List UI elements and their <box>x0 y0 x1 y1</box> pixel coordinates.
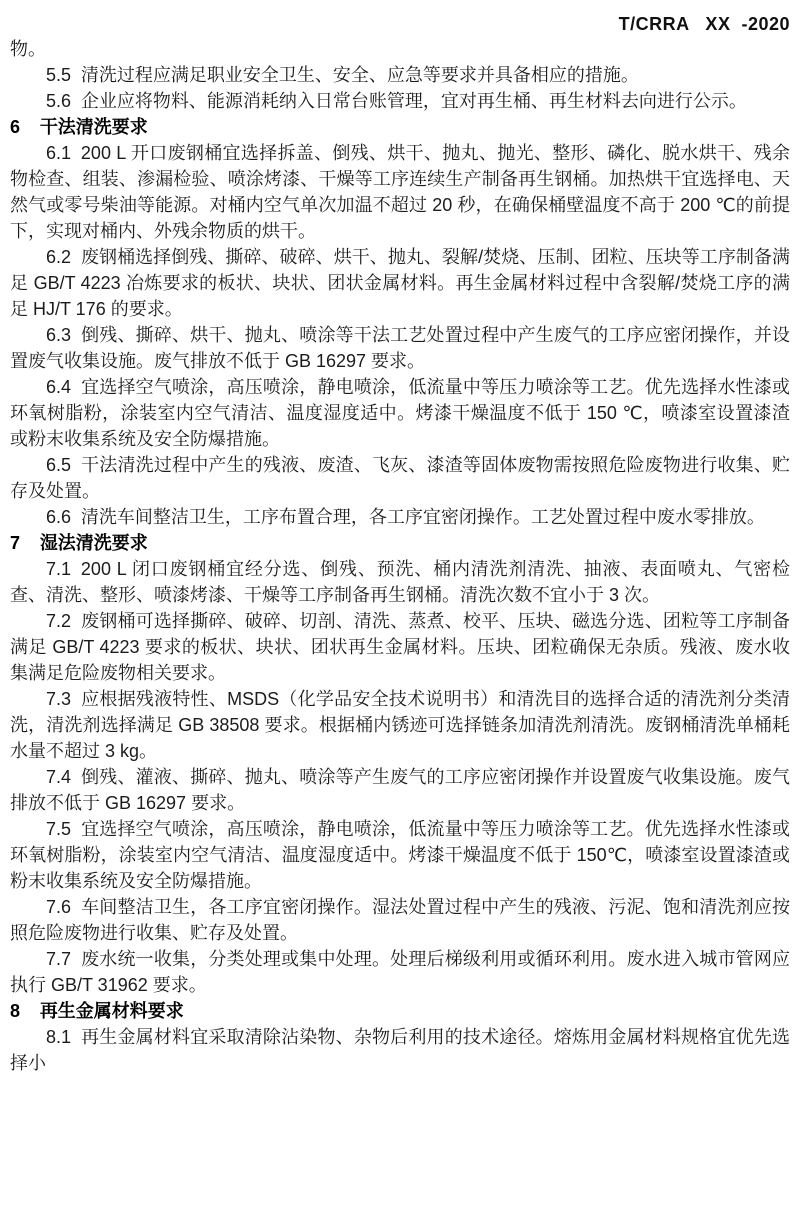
clause-number: 6.6 <box>46 507 71 527</box>
clause-text: 200 L 开口废钢桶宜选择拆盖、倒残、烘干、抛丸、抛光、整形、磷化、脱水烘干、… <box>10 143 790 241</box>
clause-8-1: 8.1再生金属材料宜采取清除沾染物、杂物后利用的技术途径。熔炼用金属材料规格宜优… <box>10 1024 790 1076</box>
clause-number: 5.6 <box>46 91 71 111</box>
section-heading-6: 6干法清洗要求 <box>10 114 790 140</box>
clause-text: 废钢桶选择倒残、撕碎、破碎、烘干、抛丸、裂解/焚烧、压制、团粒、压块等工序制备满… <box>10 247 790 319</box>
clause-text: 宜选择空气喷涂，高压喷涂，静电喷涂，低流量中等压力喷涂等工艺。优先选择水性漆或环… <box>10 819 790 891</box>
section-title: 再生金属材料要求 <box>40 1001 184 1021</box>
clause-5-5: 5.5清洗过程应满足职业安全卫生、安全、应急等要求并具备相应的措施。 <box>10 62 790 88</box>
clause-text: 废水统一收集，分类处理或集中处理。处理后梯级利用或循环利用。废水进入城市管网应执… <box>10 949 790 995</box>
clause-7-6: 7.6车间整洁卫生，各工序宜密闭操作。湿法处置过程中产生的残液、污泥、饱和清洗剂… <box>10 894 790 946</box>
clause-6-1: 6.1200 L 开口废钢桶宜选择拆盖、倒残、烘干、抛丸、抛光、整形、磷化、脱水… <box>10 140 790 244</box>
clause-text: 倒残、撕碎、烘干、抛丸、喷涂等干法工艺处置过程中产生废气的工序应密闭操作，并设置… <box>10 325 790 371</box>
clause-6-6: 6.6清洗车间整洁卫生，工序布置合理，各工序宜密闭操作。工艺处置过程中废水零排放… <box>10 504 790 530</box>
section-title: 湿法清洗要求 <box>40 533 148 553</box>
clause-text: 清洗过程应满足职业安全卫生、安全、应急等要求并具备相应的措施。 <box>81 65 639 85</box>
clause-number: 7.3 <box>46 689 71 709</box>
clause-number: 6.5 <box>46 455 71 475</box>
clause-number: 7.2 <box>46 611 71 631</box>
section-number: 7 <box>10 533 20 553</box>
clause-7-7: 7.7废水统一收集，分类处理或集中处理。处理后梯级利用或循环利用。废水进入城市管… <box>10 946 790 998</box>
clause-number: 6.2 <box>46 247 71 267</box>
clause-number: 7.5 <box>46 819 71 839</box>
clause-6-2: 6.2废钢桶选择倒残、撕碎、破碎、烘干、抛丸、裂解/焚烧、压制、团粒、压块等工序… <box>10 244 790 322</box>
clause-text: 倒残、灌液、撕碎、抛丸、喷涂等产生废气的工序应密闭操作并设置废气收集设施。废气排… <box>10 767 790 813</box>
clause-text: 应根据残液特性、MSDS（化学品安全技术说明书）和清洗目的选择合适的清洗剂分类清… <box>10 689 790 761</box>
clause-text: 清洗车间整洁卫生，工序布置合理，各工序宜密闭操作。工艺处置过程中废水零排放。 <box>81 507 765 527</box>
clause-number: 6.3 <box>46 325 71 345</box>
clause-6-3: 6.3倒残、撕碎、烘干、抛丸、喷涂等干法工艺处置过程中产生废气的工序应密闭操作，… <box>10 322 790 374</box>
paragraph-continuation: 物。 <box>10 36 790 62</box>
clause-number: 7.7 <box>46 949 71 969</box>
document-code-header: T/CRRA XX -2020 <box>10 12 790 36</box>
clause-text: 车间整洁卫生，各工序宜密闭操作。湿法处置过程中产生的残液、污泥、饱和清洗剂应按照… <box>10 897 790 943</box>
section-title: 干法清洗要求 <box>40 117 148 137</box>
section-number: 6 <box>10 117 20 137</box>
clause-number: 7.1 <box>46 559 71 579</box>
section-heading-7: 7湿法清洗要求 <box>10 530 790 556</box>
clause-7-2: 7.2废钢桶可选择撕碎、破碎、切剖、清洗、蒸煮、校平、压块、磁选分选、团粒等工序… <box>10 608 790 686</box>
clause-text: 再生金属材料宜采取清除沾染物、杂物后利用的技术途径。熔炼用金属材料规格宜优先选择… <box>10 1027 790 1073</box>
clause-6-5: 6.5干法清洗过程中产生的残液、废渣、飞灰、漆渣等固体废物需按照危险废物进行收集… <box>10 452 790 504</box>
document-page: T/CRRA XX -2020 物。 5.5清洗过程应满足职业安全卫生、安全、应… <box>0 0 800 1229</box>
clause-number: 6.1 <box>46 143 71 163</box>
section-number: 8 <box>10 1001 20 1021</box>
clause-7-3: 7.3应根据残液特性、MSDS（化学品安全技术说明书）和清洗目的选择合适的清洗剂… <box>10 686 790 764</box>
clause-6-4: 6.4宜选择空气喷涂，高压喷涂，静电喷涂，低流量中等压力喷涂等工艺。优先选择水性… <box>10 374 790 452</box>
clause-text: 200 L 闭口废钢桶宜经分选、倒残、预洗、桶内清洗剂清洗、抽液、表面喷丸、气密… <box>10 559 790 605</box>
clause-7-5: 7.5宜选择空气喷涂，高压喷涂，静电喷涂，低流量中等压力喷涂等工艺。优先选择水性… <box>10 816 790 894</box>
clause-text: 企业应将物料、能源消耗纳入日常台账管理，宜对再生桶、再生材料去向进行公示。 <box>81 91 747 111</box>
clause-number: 7.6 <box>46 897 71 917</box>
clause-text: 宜选择空气喷涂，高压喷涂，静电喷涂，低流量中等压力喷涂等工艺。优先选择水性漆或环… <box>10 377 790 449</box>
clause-5-6: 5.6企业应将物料、能源消耗纳入日常台账管理，宜对再生桶、再生材料去向进行公示。 <box>10 88 790 114</box>
clause-text: 废钢桶可选择撕碎、破碎、切剖、清洗、蒸煮、校平、压块、磁选分选、团粒等工序制备满… <box>10 611 790 683</box>
clause-number: 5.5 <box>46 65 71 85</box>
clause-number: 8.1 <box>46 1027 71 1047</box>
clause-number: 7.4 <box>46 767 71 787</box>
clause-number: 6.4 <box>46 377 71 397</box>
clause-7-4: 7.4倒残、灌液、撕碎、抛丸、喷涂等产生废气的工序应密闭操作并设置废气收集设施。… <box>10 764 790 816</box>
clause-7-1: 7.1200 L 闭口废钢桶宜经分选、倒残、预洗、桶内清洗剂清洗、抽液、表面喷丸… <box>10 556 790 608</box>
clause-text: 干法清洗过程中产生的残液、废渣、飞灰、漆渣等固体废物需按照危险废物进行收集、贮存… <box>10 455 790 501</box>
document-body: 物。 5.5清洗过程应满足职业安全卫生、安全、应急等要求并具备相应的措施。 5.… <box>10 36 790 1076</box>
section-heading-8: 8再生金属材料要求 <box>10 998 790 1024</box>
